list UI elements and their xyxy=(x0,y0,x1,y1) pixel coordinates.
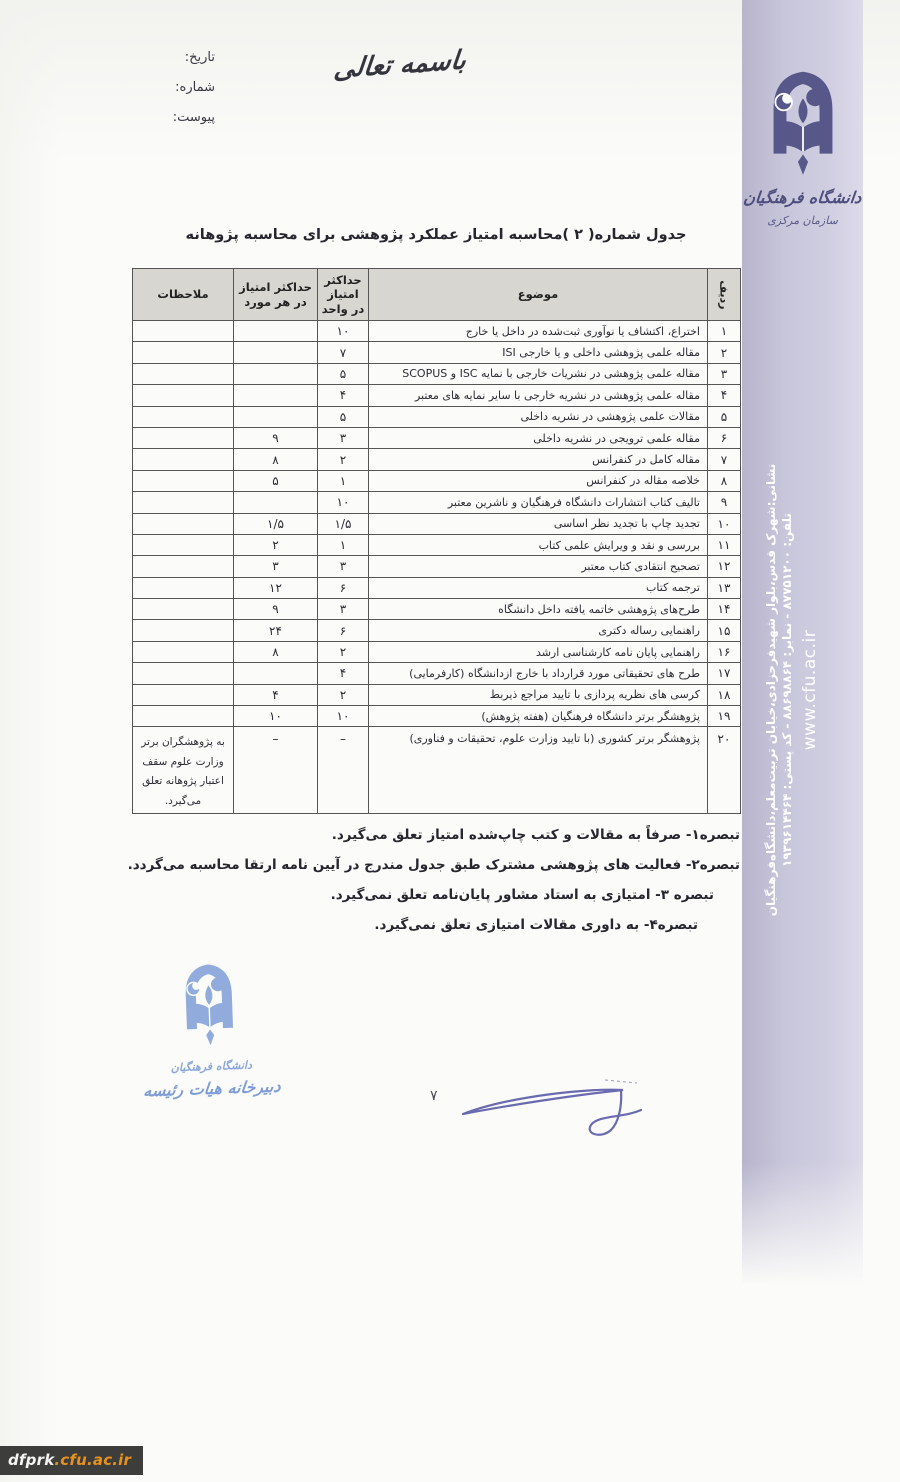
row-number-cell: ۲۰ xyxy=(708,727,741,814)
table-row: ۲۰پژوهشگر برتر کشوری (با تایید وزارت علو… xyxy=(133,727,741,814)
max-case-cell: – xyxy=(234,727,318,814)
besmele-calligraphy: باسمه تعالی xyxy=(324,45,477,86)
stamp-logo-icon xyxy=(172,959,247,1055)
research-score-table: ردیف موضوع حداکثر امتیاز در واحد حداکثر … xyxy=(132,268,741,814)
website-line: www.cfu.ac.ir xyxy=(800,390,820,990)
row-number-cell: ۱۲ xyxy=(708,556,741,577)
subject-cell: مقالات علمی پژوهشی در نشریه داخلی xyxy=(369,406,708,427)
max-unit-cell: ۱/۵ xyxy=(318,513,369,534)
university-name: دانشگاه فرهنگیان xyxy=(741,188,864,207)
notes-cell xyxy=(133,470,234,491)
max-unit-cell: ۳ xyxy=(318,599,369,620)
notes-cell xyxy=(133,321,234,342)
max-case-cell xyxy=(234,321,318,342)
notes-cell: به پژوهشگران برتر وزارت علوم سقف اعتبار … xyxy=(133,727,234,814)
max-case-cell xyxy=(234,342,318,363)
table-row: ۱۲تصحیح انتقادی کتاب معتبر۳۳ xyxy=(133,556,741,577)
table-row: ۲مقاله علمی پژوهشی داخلی و یا خارجی ISI۷ xyxy=(133,342,741,363)
row-number-cell: ۱۷ xyxy=(708,663,741,684)
row-number-cell: ۹ xyxy=(708,492,741,513)
subject-cell: مقاله علمی پژوهشی در نشریه خارجی با سایر… xyxy=(369,385,708,406)
table-row: ۱۳ترجمه کتاب۶۱۲ xyxy=(133,577,741,598)
table-row: ۸خلاصه مقاله در کنفرانس۱۵ xyxy=(133,470,741,491)
max-case-cell: ۹ xyxy=(234,427,318,448)
max-unit-cell: ۱ xyxy=(318,470,369,491)
notes-cell xyxy=(133,534,234,555)
max-case-cell: ۸ xyxy=(234,641,318,662)
row-number-cell: ۱۹ xyxy=(708,706,741,727)
footnote-line: تبصره۲- فعالیت های پژوهشی مشترک طبق جدول… xyxy=(132,850,740,880)
subject-cell: طرح‌های پژوهشی خاتمه یافته داخل دانشگاه xyxy=(369,599,708,620)
max-unit-cell: ۲ xyxy=(318,449,369,470)
subject-cell: خلاصه مقاله در کنفرانس xyxy=(369,470,708,491)
subject-cell: مقاله علمی پژوهشی داخلی و یا خارجی ISI xyxy=(369,342,708,363)
table-header-row: ردیف موضوع حداکثر امتیاز در واحد حداکثر … xyxy=(133,269,741,321)
subject-cell: کرسی های نظریه پردازی با تایید مراجع ذیر… xyxy=(369,684,708,705)
notes-cell xyxy=(133,449,234,470)
notes-cell xyxy=(133,363,234,384)
row-number-cell: ۷ xyxy=(708,449,741,470)
max-case-cell: ۱۲ xyxy=(234,577,318,598)
notes-cell xyxy=(133,663,234,684)
max-case-cell xyxy=(234,663,318,684)
max-case-cell: ۳ xyxy=(234,556,318,577)
max-case-cell: ۸ xyxy=(234,449,318,470)
notes-cell xyxy=(133,599,234,620)
max-case-cell: ۲۴ xyxy=(234,620,318,641)
stamp-office-name: دبیرخانه هیات رئیسه xyxy=(129,1076,295,1101)
subject-cell: مقاله علمی ترویجی در نشریه داخلی xyxy=(369,427,708,448)
watermark-suffix: .cfu.ac.ir xyxy=(54,1451,131,1469)
max-unit-cell: – xyxy=(318,727,369,814)
table-row: ۱۸کرسی های نظریه پردازی با تایید مراجع ذ… xyxy=(133,684,741,705)
row-number-cell: ۸ xyxy=(708,470,741,491)
attachment-label: پیوست: xyxy=(118,110,215,140)
phone-line: تلفن: ۸۷۷۵۱۲۰۰ - نمابر: ۸۸۶۹۸۸۶۴ - کد پس… xyxy=(779,390,795,990)
subject-cell: تجدید چاپ با تجدید نظر اساسی xyxy=(369,513,708,534)
table-row: ۵مقالات علمی پژوهشی در نشریه داخلی۵ xyxy=(133,406,741,427)
max-unit-cell: ۱۰ xyxy=(318,706,369,727)
max-case-cell xyxy=(234,385,318,406)
number-label: شماره: xyxy=(118,80,215,110)
max-unit-cell: ۴ xyxy=(318,385,369,406)
meta-fields: تاریخ: شماره: پیوست: xyxy=(118,50,215,140)
sidebar-contact-block: نشانی:شهرک قدس،بلوار شهیدفرحزادی،خیابان … xyxy=(763,390,827,990)
table-row: ۱۴طرح‌های پژوهشی خاتمه یافته داخل دانشگا… xyxy=(133,599,741,620)
row-number-cell: ۱۵ xyxy=(708,620,741,641)
scanned-letter-page: دانشگاه فرهنگیان سازمان مرکزی نشانی:شهرک… xyxy=(0,0,900,1482)
notes-cell xyxy=(133,684,234,705)
table-row: ۶مقاله علمی ترویجی در نشریه داخلی۳۹ xyxy=(133,427,741,448)
max-case-cell: ۹ xyxy=(234,599,318,620)
table-title: جدول شماره( ۲ )محاسبه امتیاز عملکرد پژوه… xyxy=(132,227,740,243)
header-max-case: حداکثر امتیاز در هر مورد xyxy=(234,269,318,321)
max-case-cell: ۱/۵ xyxy=(234,513,318,534)
footnote-line: تبصره ۳- امتیازی به استاد مشاور پایان‌نا… xyxy=(132,880,740,910)
row-number-cell: ۱ xyxy=(708,321,741,342)
notes-cell xyxy=(133,706,234,727)
table-row: ۳مقاله علمی پژوهشی در نشریات خارجی با نم… xyxy=(133,363,741,384)
row-number-cell: ۱۶ xyxy=(708,641,741,662)
notes-cell xyxy=(133,492,234,513)
office-stamp: دانشگاه فرهنگیان دبیرخانه هیات رئیسه xyxy=(126,957,295,1101)
score-table-body: ۱اختراع، اکتشاف یا نوآوری ثبت‌شده در داخ… xyxy=(133,321,741,814)
table-row: ۷مقاله کامل در کنفرانس۲۸ xyxy=(133,449,741,470)
max-unit-cell: ۵ xyxy=(318,363,369,384)
notes-cell xyxy=(133,556,234,577)
table-row: ۱۵راهنمایی رساله دکتری۶۲۴ xyxy=(133,620,741,641)
row-number-cell: ۶ xyxy=(708,427,741,448)
org-name: سازمان مرکزی xyxy=(742,214,863,227)
subject-cell: بررسی و نقد و ویرایش علمی کتاب xyxy=(369,534,708,555)
stamp-university-name: دانشگاه فرهنگیان xyxy=(129,1057,293,1076)
header-row-number: ردیف xyxy=(708,269,741,321)
row-number-cell: ۱۱ xyxy=(708,534,741,555)
max-unit-cell: ۱۰ xyxy=(318,321,369,342)
max-case-cell: ۱۰ xyxy=(234,706,318,727)
notes-cell xyxy=(133,577,234,598)
max-unit-cell: ۴ xyxy=(318,663,369,684)
notes-cell xyxy=(133,513,234,534)
footnotes: تبصره۱- صرفاً به مقالات و کتب چاپ‌شده ام… xyxy=(132,820,740,940)
table-row: ۱۷طرح های تحقیقاتی مورد قرارداد با خارج … xyxy=(133,663,741,684)
subject-cell: طرح های تحقیقاتی مورد قرارداد با خارج از… xyxy=(369,663,708,684)
row-number-cell: ۵ xyxy=(708,406,741,427)
max-unit-cell: ۲ xyxy=(318,641,369,662)
subject-cell: ترجمه کتاب xyxy=(369,577,708,598)
subject-cell: مقاله کامل در کنفرانس xyxy=(369,449,708,470)
header-max-unit: حداکثر امتیاز در واحد xyxy=(318,269,369,321)
notes-cell xyxy=(133,641,234,662)
footnote-line: تبصره۴- به داوری مقالات امتیازی تعلق نمی… xyxy=(132,910,740,940)
table-row: ۱۹پژوهشگر برتر دانشگاه فرهنگیان (هفته پژ… xyxy=(133,706,741,727)
max-unit-cell: ۵ xyxy=(318,406,369,427)
date-label: تاریخ: xyxy=(118,50,215,80)
address-line: نشانی:شهرک قدس،بلوار شهیدفرحزادی،خیابان … xyxy=(763,390,779,990)
subject-cell: راهنمایی رساله دکتری xyxy=(369,620,708,641)
max-unit-cell: ۶ xyxy=(318,620,369,641)
max-case-cell: ۴ xyxy=(234,684,318,705)
subject-cell: پژوهشگر برتر کشوری (با تایید وزارت علوم،… xyxy=(369,727,708,814)
table-row: ۴مقاله علمی پژوهشی در نشریه خارجی با سای… xyxy=(133,385,741,406)
subject-cell: راهنمایی پایان نامه کارشناسی ارشد xyxy=(369,641,708,662)
notes-cell xyxy=(133,406,234,427)
row-number-cell: ۱۰ xyxy=(708,513,741,534)
max-case-cell xyxy=(234,492,318,513)
row-number-cell: ۱۴ xyxy=(708,599,741,620)
subject-cell: اختراع، اکتشاف یا نوآوری ثبت‌شده در داخل… xyxy=(369,321,708,342)
subject-cell: تصحیح انتقادی کتاب معتبر xyxy=(369,556,708,577)
footnote-line: تبصره۱- صرفاً به مقالات و کتب چاپ‌شده ام… xyxy=(132,820,740,850)
max-unit-cell: ۶ xyxy=(318,577,369,598)
row-number-cell: ۳ xyxy=(708,363,741,384)
row-number-cell: ۲ xyxy=(708,342,741,363)
table-row: ۱اختراع، اکتشاف یا نوآوری ثبت‌شده در داخ… xyxy=(133,321,741,342)
max-unit-cell: ۳ xyxy=(318,427,369,448)
max-case-cell: ۲ xyxy=(234,534,318,555)
subject-cell: تالیف کتاب انتشارات دانشگاه فرهنگیان و ن… xyxy=(369,492,708,513)
row-number-cell: ۱۳ xyxy=(708,577,741,598)
row-number-cell: ۱۸ xyxy=(708,684,741,705)
max-unit-cell: ۳ xyxy=(318,556,369,577)
table-row: ۹تالیف کتاب انتشارات دانشگاه فرهنگیان و … xyxy=(133,492,741,513)
signature-icon xyxy=(455,1072,650,1147)
max-unit-cell: ۱۰ xyxy=(318,492,369,513)
subject-cell: مقاله علمی پژوهشی در نشریات خارجی با نما… xyxy=(369,363,708,384)
table-row: ۱۶راهنمایی پایان نامه کارشناسی ارشد۲۸ xyxy=(133,641,741,662)
max-unit-cell: ۱ xyxy=(318,534,369,555)
max-case-cell: ۵ xyxy=(234,470,318,491)
subject-cell: پژوهشگر برتر دانشگاه فرهنگیان (هفته پژوه… xyxy=(369,706,708,727)
max-unit-cell: ۲ xyxy=(318,684,369,705)
notes-cell xyxy=(133,620,234,641)
page-number: ۷ xyxy=(430,1088,438,1104)
notes-cell xyxy=(133,342,234,363)
notes-cell xyxy=(133,385,234,406)
table-row: ۱۱بررسی و نقد و ویرایش علمی کتاب۱۲ xyxy=(133,534,741,555)
notes-cell xyxy=(133,427,234,448)
table-row: ۱۰تجدید چاپ با تجدید نظر اساسی۱/۵۱/۵ xyxy=(133,513,741,534)
max-case-cell xyxy=(234,363,318,384)
row-number-cell: ۴ xyxy=(708,385,741,406)
watermark-prefix: dfprk xyxy=(8,1451,54,1469)
max-unit-cell: ۷ xyxy=(318,342,369,363)
cfu-logo-icon xyxy=(757,66,849,186)
header-notes: ملاحظات xyxy=(133,269,234,321)
watermark-badge: dfprk.cfu.ac.ir xyxy=(0,1446,143,1475)
max-case-cell xyxy=(234,406,318,427)
header-subject: موضوع xyxy=(369,269,708,321)
